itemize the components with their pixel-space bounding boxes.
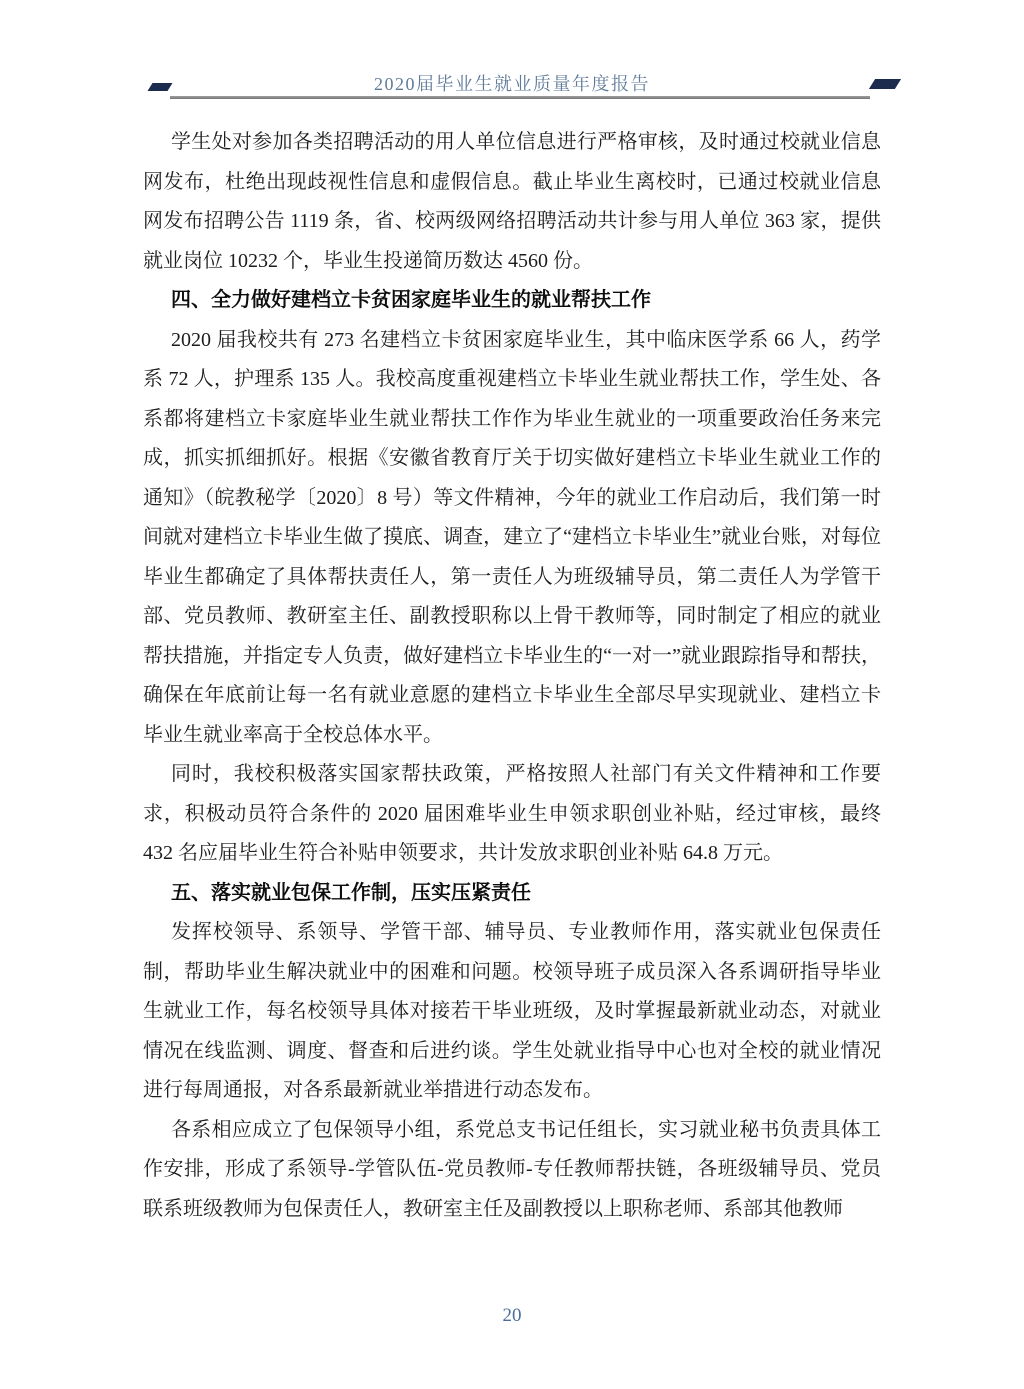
paragraph-poverty-card-support: 2020 届我校共有 273 名建档立卡贫困家庭毕业生，其中临床医学系 66 人… — [143, 321, 881, 756]
paragraph-recruitment-review: 学生处对参加各类招聘活动的用人单位信息进行严格审核，及时通过校就业信息网发布，杜… — [143, 123, 881, 281]
paragraph-responsibility-system: 发挥校领导、系领导、学管干部、辅导员、专业教师作用，落实就业包保责任制，帮助毕业… — [143, 913, 881, 1111]
paragraph-subsidy-policy: 同时，我校积极落实国家帮扶政策，严格按照人社部门有关文件精神和工作要求，积极动员… — [143, 755, 881, 874]
page-number: 20 — [0, 1305, 1024, 1327]
section-heading-five: 五、落实就业包保工作制，压实压紧责任 — [143, 874, 881, 914]
report-page: 2020届毕业生就业质量年度报告 学生处对参加各类招聘活动的用人单位信息进行严格… — [0, 0, 1024, 1389]
header-divider-line — [170, 96, 870, 99]
section-heading-four: 四、全力做好建档立卡贫困家庭毕业生的就业帮扶工作 — [143, 281, 881, 321]
document-body: 学生处对参加各类招聘活动的用人单位信息进行严格审核，及时通过校就业信息网发布，杜… — [143, 123, 881, 1229]
page-header-title: 2020届毕业生就业质量年度报告 — [0, 70, 1024, 96]
paragraph-department-groups: 各系相应成立了包保领导小组，系党总支书记任组长，实习就业秘书负责具体工作安排，形… — [143, 1111, 881, 1230]
